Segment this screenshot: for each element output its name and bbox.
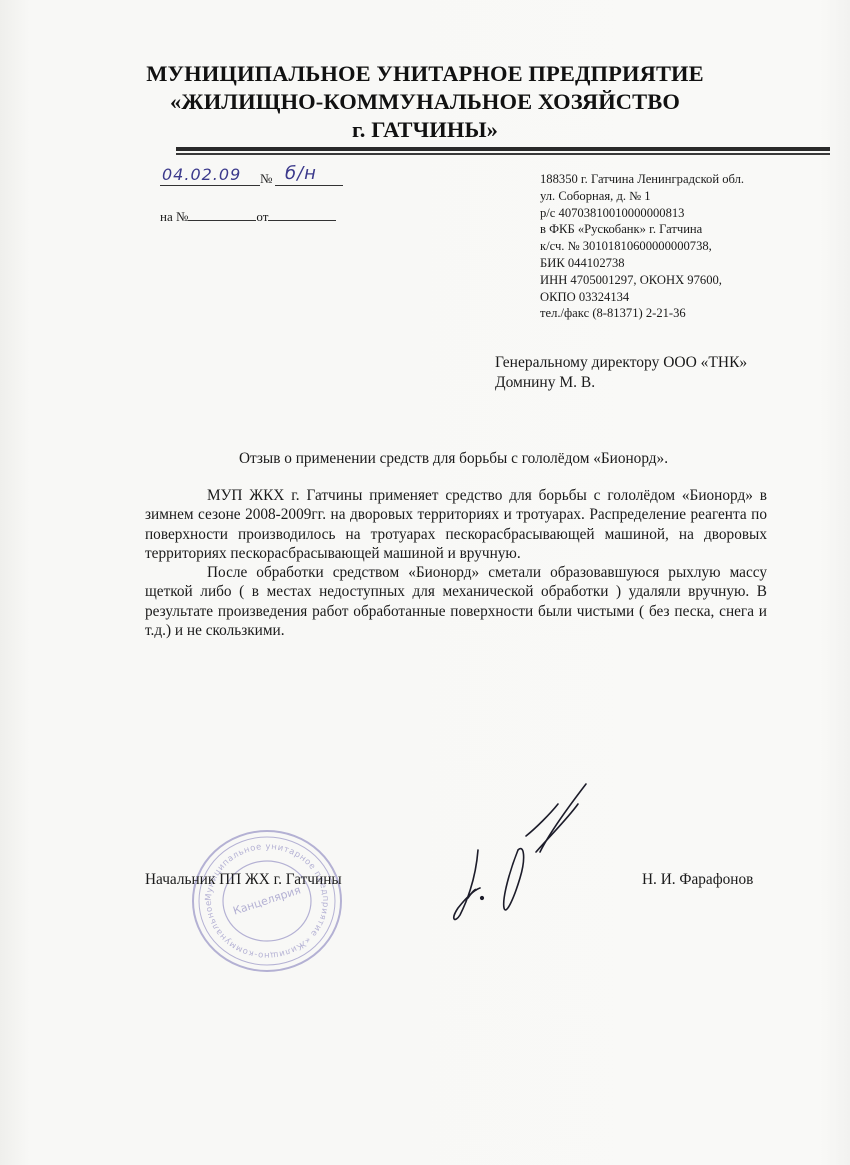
address-line: БИК 044102738: [540, 255, 744, 272]
body-paragraph-1: МУП ЖКХ г. Гатчины применяет средство дл…: [145, 486, 767, 563]
number-underline: [275, 185, 343, 186]
address-line: тел./факс (8-81371) 2-21-36: [540, 305, 744, 322]
recipient-name: Домнину М. В.: [495, 373, 747, 393]
letterhead: МУНИЦИПАЛЬНОЕ УНИТАРНОЕ ПРЕДПРИЯТИЕ «ЖИЛ…: [0, 60, 850, 144]
address-line: ул. Соборная, д. № 1: [540, 188, 744, 205]
address-line: ОКПО 03324134: [540, 289, 744, 306]
signatory-title: Начальник ПП ЖХ г. Гатчины: [145, 871, 342, 889]
address-line: в ФКБ «Рускобанк» г. Гатчина: [540, 221, 744, 238]
address-line: к/сч. № 30101810600000000738,: [540, 238, 744, 255]
sender-address-block: 188350 г. Гатчина Ленинградской обл. ул.…: [540, 171, 744, 322]
outgoing-number: б/н: [285, 163, 317, 184]
from-date-blank: [268, 208, 336, 221]
handwritten-signature-icon: [440, 780, 600, 940]
in-reply-label: на №: [160, 209, 188, 224]
letter-page: МУНИЦИПАЛЬНОЕ УНИТАРНОЕ ПРЕДПРИЯТИЕ «ЖИЛ…: [0, 0, 850, 1165]
in-reply-number-blank: [188, 208, 256, 221]
address-line: ИНН 4705001297, ОКОНХ 97600,: [540, 272, 744, 289]
letter-body: МУП ЖКХ г. Гатчины применяет средство дл…: [145, 486, 767, 640]
outgoing-date: 04.02.09: [162, 165, 241, 184]
body-paragraph-2: После обработки средством «Бионорд» смет…: [145, 563, 767, 640]
signatory-name: Н. И. Фарафонов: [642, 871, 753, 889]
recipient-block: Генеральному директору ООО «ТНК» Домнину…: [495, 353, 747, 393]
letterhead-rule-thin: [176, 153, 830, 155]
date-underline: [160, 185, 260, 186]
letterhead-rule-thick: [176, 147, 830, 151]
number-label: №: [260, 171, 272, 187]
letterhead-line-1: МУНИЦИПАЛЬНОЕ УНИТАРНОЕ ПРЕДПРИЯТИЕ: [0, 60, 850, 88]
recipient-position: Генеральному директору ООО «ТНК»: [495, 353, 747, 373]
letterhead-line-3: г. ГАТЧИНЫ»: [0, 116, 850, 144]
letterhead-line-2: «ЖИЛИЩНО-КОММУНАЛЬНОЕ ХОЗЯЙСТВО: [0, 88, 850, 116]
from-label: от: [256, 209, 268, 224]
address-line: р/с 40703810010000000813: [540, 205, 744, 222]
address-line: 188350 г. Гатчина Ленинградской обл.: [540, 171, 744, 188]
round-seal-stamp-icon: Муниципальное унитарное предприятие «Жил…: [187, 826, 347, 976]
letter-subject: Отзыв о применении средств для борьбы с …: [0, 450, 850, 468]
